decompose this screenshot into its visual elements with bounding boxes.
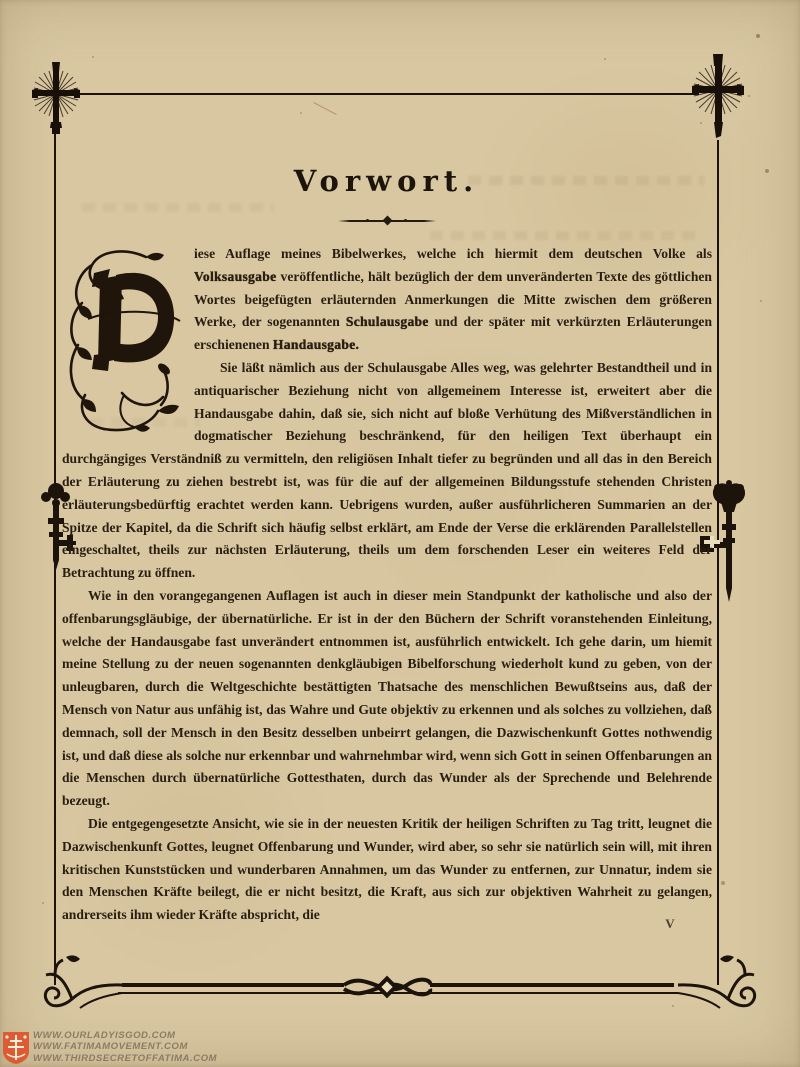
scan-scratch xyxy=(313,102,336,115)
watermark: WWW.OURLADYISGOD.COM WWW.FATIMAMOVEMENT.… xyxy=(0,1028,360,1067)
frame-rule-top xyxy=(74,93,696,95)
page-number: V xyxy=(655,916,685,932)
shield-logo-icon xyxy=(2,1031,30,1065)
paragraph-3: Wie in den vorangegangenen Auflagen ist … xyxy=(62,585,712,813)
ink-bleedthrough xyxy=(82,203,274,212)
title-divider xyxy=(338,216,436,225)
flourish-ornament-icon xyxy=(22,952,778,1014)
page-title: Vorwort. xyxy=(55,164,718,198)
watermark-url: WWW.OURLADYISGOD.COM xyxy=(33,1030,217,1041)
scan-speckles xyxy=(0,0,2,2)
cross-ornament-icon xyxy=(690,50,748,142)
scanned-book-page: Vorwort. xyxy=(0,0,800,1067)
ornate-initial: D xyxy=(64,245,184,433)
paragraph-4: Die entgegengesetzte Ansicht, wie sie in… xyxy=(62,813,712,927)
cross-ornament-icon xyxy=(28,56,84,140)
watermark-url: WWW.FATIMAMOVEMENT.COM xyxy=(33,1041,217,1052)
watermark-url: WWW.THIRDSECRETOFFATIMA.COM xyxy=(33,1053,217,1064)
preface-text: D iese Auflage meines Bibelwerkes, welch… xyxy=(62,243,712,927)
ink-bleedthrough xyxy=(430,231,702,240)
